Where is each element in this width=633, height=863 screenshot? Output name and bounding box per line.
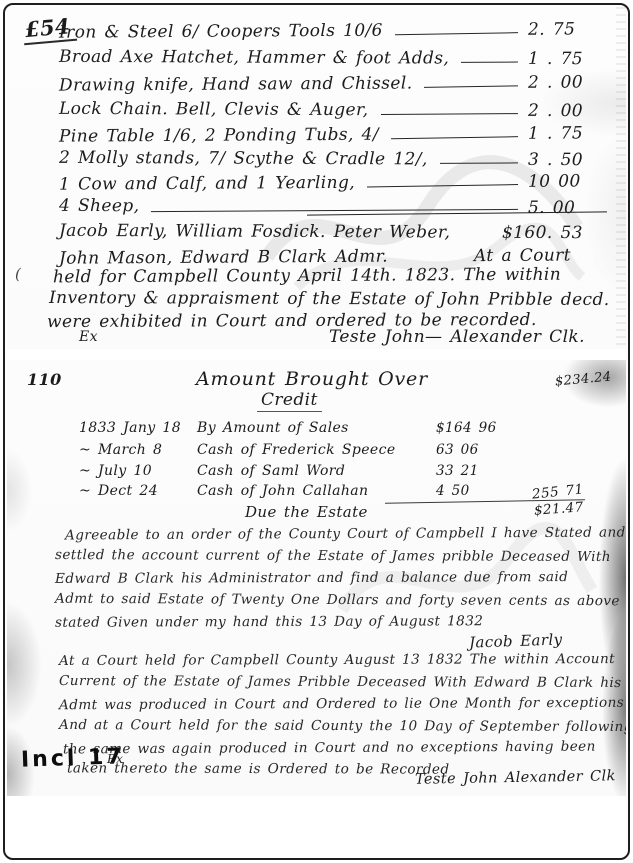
entry-date: 1833 Jany 18 xyxy=(79,420,197,440)
amount-brought-over: $234.24 xyxy=(555,370,613,390)
leader-line xyxy=(425,85,519,88)
court-order-line: the same was again produced in Court and… xyxy=(63,739,596,758)
credit-entry-row: 1833 Jany 18 By Amount of Sales $164 96 xyxy=(79,420,586,440)
entry-amount: 33 21 xyxy=(424,463,586,483)
item-amount: 2. 75 xyxy=(528,19,594,39)
commissioner-signature: Jacob Early xyxy=(469,630,563,651)
scanned-court-record: £54 ( Iron & Steel 6/ Coopers Tools 10/6… xyxy=(0,0,633,863)
item-text: 2 Molly stands, 7/ Scythe & Cradle 12/, xyxy=(59,148,428,170)
inventory-row: 1 Cow and Calf, and 1 Yearling, 10 00 xyxy=(59,167,594,194)
scan-edge-noise xyxy=(616,7,626,349)
inventory-row: Drawing knife, Hand saw and Chissel. 2 .… xyxy=(59,68,594,95)
credit-entry-row: ~ July 10 Cash of Saml Word 33 21 xyxy=(79,463,586,483)
entry-description: Cash of Frederick Speece xyxy=(197,442,422,462)
item-amount: 5. 00 xyxy=(528,198,594,218)
due-the-estate-label: Due the Estate xyxy=(245,503,368,521)
inventory-row: Lock Chain. Bell, Clevis & Auger, 2 . 00 xyxy=(59,95,594,121)
inventory-row: Pine Table 1/6, 2 Ponding Tubs, 4/ 1 . 7… xyxy=(59,119,594,146)
due-amount: $21.47 xyxy=(534,499,585,518)
entry-description: Cash of Saml Word xyxy=(197,463,424,483)
settlement-line: Agreeable to an order of the County Cour… xyxy=(65,525,626,544)
inventory-row: 2 Molly stands, 7/ Scythe & Cradle 12/, … xyxy=(59,144,594,170)
item-amount: 2 . 00 xyxy=(528,101,594,121)
entry-date: ~ March 8 xyxy=(79,442,197,462)
ex-mark: Ex xyxy=(79,329,98,345)
appraisers-row: Jacob Early, William Fosdick. Peter Webe… xyxy=(59,217,594,243)
settlement-line: stated Given under my hand this 13 Day o… xyxy=(55,613,483,630)
entry-description: Cash of John Callahan xyxy=(197,483,420,503)
inventory-row: Iron & Steel 6/ Coopers Tools 10/6 2. 75 xyxy=(59,15,594,42)
item-amount: 1 . 75 xyxy=(528,49,594,69)
item-text: 4 Sheep, xyxy=(59,196,140,216)
item-amount: 10 00 xyxy=(528,171,594,191)
ex-mark: Ex xyxy=(107,752,123,766)
clerk-attestation: Teste John Alexander Clk xyxy=(415,768,616,788)
item-text: Broad Axe Hatchet, Hammer & foot Adds, xyxy=(59,47,449,69)
entry-description: By Amount of Sales xyxy=(197,420,436,440)
leader-line xyxy=(391,136,518,139)
settlement-line: settled the account current of the Estat… xyxy=(55,547,611,565)
inventory-row: Broad Axe Hatchet, Hammer & foot Adds, 1… xyxy=(59,43,594,69)
credit-heading: Credit xyxy=(257,390,322,412)
inventory-total: $160. 53 xyxy=(502,223,594,243)
clerk-attestation: Teste John— Alexander Clk. xyxy=(329,327,585,347)
leader-line xyxy=(367,184,518,188)
entry-amount: $164 96 xyxy=(436,420,586,440)
leader-line xyxy=(395,32,518,35)
page-number: 110 xyxy=(27,370,62,389)
item-text: Lock Chain. Bell, Clevis & Auger, xyxy=(59,99,369,120)
page1-margin-paren: ( xyxy=(15,265,21,283)
entry-date: ~ Dect 24 xyxy=(79,483,197,503)
page-1-inventory: £54 ( Iron & Steel 6/ Coopers Tools 10/6… xyxy=(7,7,626,349)
credit-entry-row: ~ March 8 Cash of Frederick Speece 63 06 xyxy=(79,442,586,462)
court-intro: At a Court xyxy=(474,245,594,266)
settlement-line: Edward B Clark his Administrator and fin… xyxy=(55,569,568,587)
court-order-line: At a Court held for Campbell County Augu… xyxy=(59,651,615,669)
leader-line xyxy=(380,113,517,115)
page2-title: Amount Brought Over xyxy=(172,368,452,390)
leader-line xyxy=(151,209,518,212)
page-2-account-current: 110 Amount Brought Over $234.24 Credit 1… xyxy=(7,360,626,796)
leader-line xyxy=(461,62,518,63)
entry-amount: 63 06 xyxy=(422,442,586,462)
record-line: Inventory & appraisment of the Estate of… xyxy=(49,288,610,310)
leader-line xyxy=(440,162,518,163)
settlement-line: Admt to said Estate of Twenty One Dollar… xyxy=(55,591,620,609)
item-amount: 2 . 00 xyxy=(528,72,594,92)
appraiser-names: Jacob Early, William Fosdick. Peter Webe… xyxy=(59,221,450,243)
court-order-line: Admt was produced in Court and Ordered t… xyxy=(59,695,624,713)
item-text: Drawing knife, Hand saw and Chissel. xyxy=(59,73,413,95)
entry-date: ~ July 10 xyxy=(79,463,197,483)
court-order-line: And at a Court held for the said County … xyxy=(59,717,626,735)
court-order-line: Current of the Estate of James Pribble D… xyxy=(59,673,622,691)
item-text: Iron & Steel 6/ Coopers Tools 10/6 xyxy=(59,21,383,43)
item-amount: 1 . 75 xyxy=(528,123,594,143)
record-line: held for Campbell County April 14th. 182… xyxy=(53,265,561,288)
